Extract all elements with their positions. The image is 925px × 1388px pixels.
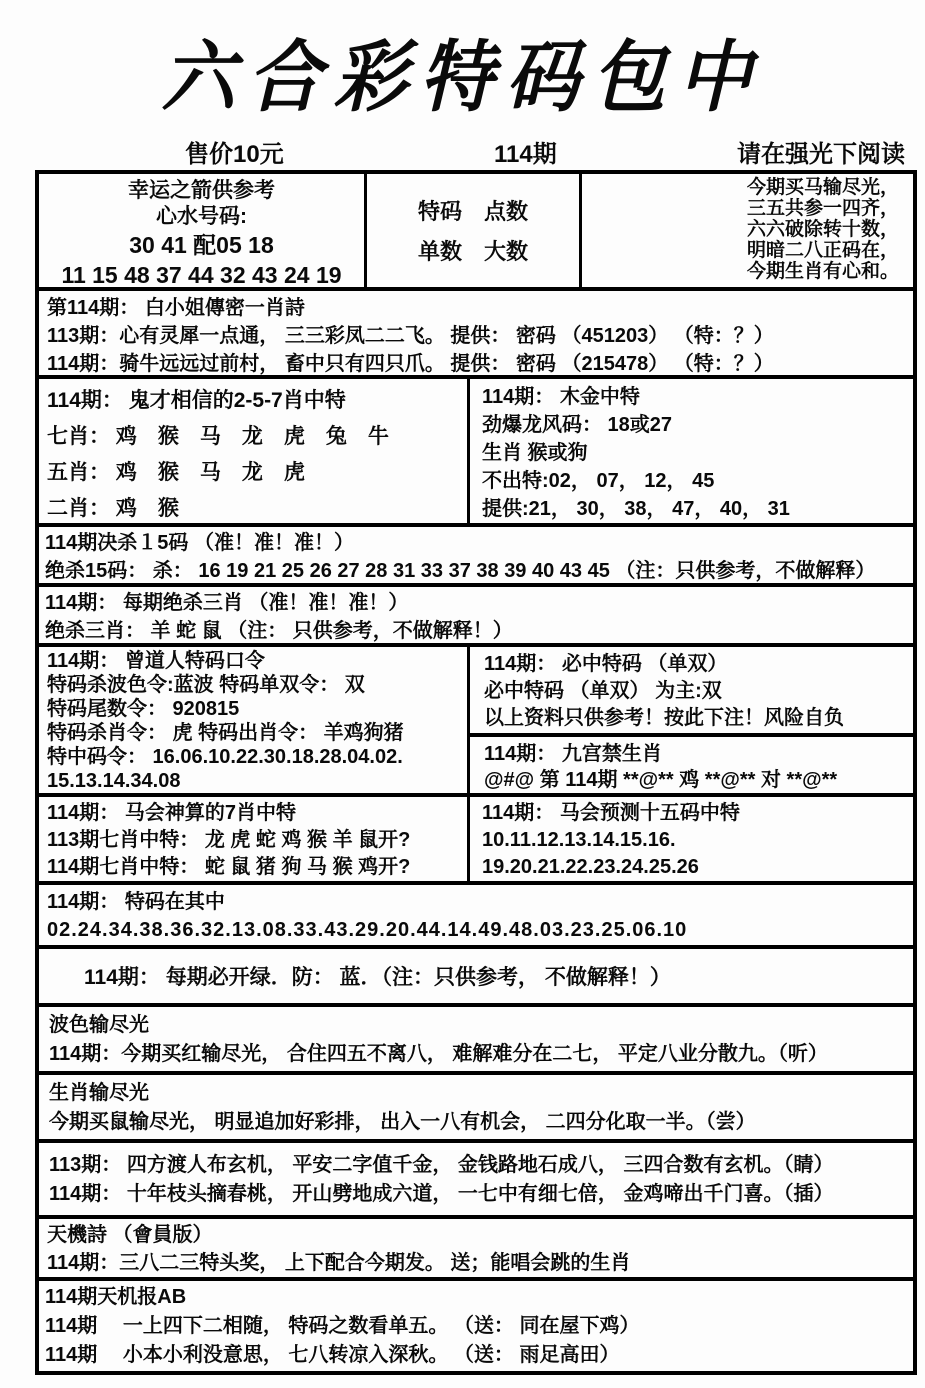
- shengxiao-title: 生肖输尽光: [49, 1079, 913, 1108]
- lottery-tip-sheet: 六合彩特码包中 售价10元 114期 请在强光下阅读 幸运之箭供参考 心水号码:…: [0, 0, 925, 1388]
- sanxiao-list: 绝杀三肖： 羊 蛇 鼠 （注： 只供参考，不做解释！）: [45, 617, 913, 643]
- zengdaoren-weishu: 特码尾数令： 920815: [47, 697, 467, 721]
- baixiaojie-113: 113期：心有灵犀一点通， 三三彩凤二二飞。 提供： 密码 （451203） （…: [47, 322, 913, 350]
- mahui15-title: 114期： 马会预测十五码中特: [482, 800, 913, 827]
- section-baixiaojie: 第114期： 白小姐傳密一肖詩 113期：心有灵犀一点通， 三三彩凤二二飞。 提…: [39, 287, 913, 375]
- mahui15-row2: 19.20.21.22.23.24.25.26: [482, 854, 913, 881]
- right-stack: 114期： 必中特码 （单双） 必中特码 （单双） 为主:双 以上资料只供参考！…: [467, 647, 913, 793]
- lucky-arrow-subtitle: 心水号码:: [39, 204, 364, 230]
- section-juesha-sanxiao: 114期： 每期绝杀三肖 （准！准！准！） 绝杀三肖： 羊 蛇 鼠 （注： 只供…: [39, 583, 913, 643]
- zengdaoren-tezhong-codes-2: 15.13.14.34.08: [47, 769, 467, 793]
- couplet-113: 113期： 四方渡人布玄机， 平安二字值千金， 金钱路地石成八， 三四合数有玄机…: [49, 1151, 913, 1180]
- zengdaoren-box: 114期： 曾道人特码口令 特码杀波色令:蓝波 特码单双令： 双 特码尾数令： …: [39, 647, 467, 793]
- zengdaoren-title: 114期： 曾道人特码口令: [47, 649, 467, 673]
- section-xiao-zhongte: 114期： 鬼才相信的2-5-7肖中特 七肖： 鸡 猴 马 龙 虎 兔 牛 五肖…: [39, 375, 913, 523]
- attr-line-1: 特码 点数: [367, 192, 579, 232]
- mahui7-114: 114期七肖中特： 蛇 鼠 猪 狗 马 猴 鸡开?: [47, 854, 467, 881]
- bikailv-line: 114期： 每期必开绿．防： 蓝．（注：只供参考， 不做解释！）: [84, 963, 913, 992]
- guicai-wuxiao: 五肖： 鸡 猴 马 龙 虎: [47, 455, 467, 491]
- section-lucky-arrow: 幸运之箭供参考 心水号码: 30 41 配05 18 11 15 48 37 4…: [39, 174, 913, 287]
- mujin-zodiac: 生肖 猴或狗: [482, 439, 913, 467]
- tezhong-numbers: 02.24.34.38.36.32.13.08.33.43.29.20.44.1…: [47, 916, 913, 944]
- bose-title: 波色输尽光: [49, 1011, 913, 1040]
- section-couplets: 113期： 四方渡人布玄机， 平安二字值千金， 金钱路地石成八， 三四合数有玄机…: [39, 1139, 913, 1215]
- juesha15-numbers: 绝杀15码： 杀： 16 19 21 25 26 27 28 31 33 37 …: [45, 557, 913, 583]
- bizhong-box: 114期： 必中特码 （单双） 必中特码 （单双） 为主:双 以上资料只供参考！…: [470, 647, 913, 733]
- shujinguang-poem-box: 今期买马输尽光， 三五共参一四齐， 六六破除转十数， 明暗二八正码在， 今期生肖…: [579, 174, 913, 287]
- mahui15-box: 114期： 马会预测十五码中特 10.11.12.13.14.15.16. 19…: [467, 797, 913, 881]
- bizhong-title: 114期： 必中特码 （单双）: [484, 651, 913, 678]
- shengxiao-line: 今期买鼠输尽光， 明显追加好彩排， 出入一八有机会， 二四分化取一半。（尝）: [49, 1108, 913, 1137]
- lucky-arrow-box: 幸运之箭供参考 心水号码: 30 41 配05 18 11 15 48 37 4…: [39, 174, 364, 287]
- mujin-title: 114期： 木金中特: [482, 383, 913, 411]
- page-title: 六合彩特码包中: [0, 36, 925, 121]
- attr-line-2: 单数 大数: [367, 232, 579, 272]
- section-tezhong: 114期： 特码在其中 02.24.34.38.36.32.13.08.33.4…: [39, 881, 913, 945]
- lucky-arrow-main-numbers: 30 41 配05 18: [39, 230, 364, 260]
- juesha15-title: 114期决杀１5码 （准！准！准！）: [45, 529, 913, 557]
- section-juesha15: 114期决杀１5码 （准！准！准！） 绝杀15码： 杀： 16 19 21 25…: [39, 523, 913, 583]
- sanxiao-title: 114期： 每期绝杀三肖 （准！准！准！）: [45, 589, 913, 617]
- guicai-qixiao: 七肖： 鸡 猴 马 龙 虎 兔 牛: [47, 419, 467, 455]
- section-bose: 波色输尽光 114期：今期买红输尽光， 合住四五不离八， 难解难分在二七， 平定…: [39, 1003, 913, 1071]
- section-mahui: 114期： 马会神算的7肖中特 113期七肖中特： 龙 虎 蛇 鸡 猴 羊 鼠开…: [39, 793, 913, 881]
- zengdaoren-tezhong-codes: 特中码令： 16.06.10.22.30.18.28.04.02.: [47, 745, 467, 769]
- bose-line: 114期：今期买红输尽光， 合住四五不离八， 难解难分在二七， 平定八业分散九。…: [49, 1040, 913, 1069]
- zengdaoren-bose: 特码杀波色令:蓝波 特码单双令： 双: [47, 673, 467, 697]
- mujin-exclude: 不出特:02， 07， 12， 45: [482, 467, 913, 495]
- mahui15-row1: 10.11.12.13.14.15.16.: [482, 827, 913, 854]
- tianjishi-title: 天機詩 （會員版）: [47, 1221, 913, 1249]
- jiugong-title: 114期： 九宫禁生肖: [484, 741, 913, 767]
- section-tianjibao: 114期天机报AB 114期 一上四下二相随， 特码之数看单五。 （送： 同在屋…: [39, 1277, 913, 1371]
- issue-number: 114期: [494, 134, 557, 169]
- baixiaojie-title: 第114期： 白小姐傳密一肖詩: [47, 294, 913, 322]
- zengdaoren-shaxiao: 特码杀肖令： 虎 特码出肖令： 羊鸡狗猪: [47, 721, 467, 745]
- mujin-provide: 提供:21， 30， 38， 47， 40， 31: [482, 495, 913, 523]
- mahui7-box: 114期： 马会神算的7肖中特 113期七肖中特： 龙 虎 蛇 鸡 猴 羊 鼠开…: [39, 797, 467, 881]
- mahui7-113: 113期七肖中特： 龙 虎 蛇 鸡 猴 羊 鼠开?: [47, 827, 467, 854]
- section-kouling: 114期： 曾道人特码口令 特码杀波色令:蓝波 特码单双令： 双 特码尾数令： …: [39, 643, 913, 793]
- bizhong-main: 必中特码 （单双） 为主:双: [484, 678, 913, 705]
- poem-line-2: 三五共参一四齐，: [582, 198, 899, 219]
- poem-line-3: 六六破除转十数，: [582, 219, 899, 240]
- baixiaojie-114: 114期：骑牛远远过前村， 畜中只有四只爪。 提供： 密码 （215478） （…: [47, 350, 913, 375]
- tianjibao-title: 114期天机报AB: [45, 1283, 913, 1312]
- guicai-erxiao: 二肖： 鸡 猴: [47, 491, 467, 523]
- poem-line-1: 今期买马输尽光，: [582, 177, 899, 198]
- mahui7-title: 114期： 马会神算的7肖中特: [47, 800, 467, 827]
- price-label: 售价10元: [185, 134, 284, 169]
- reading-notice: 请在强光下阅读: [737, 134, 905, 169]
- poem-line-5: 今期生肖有心和。: [582, 261, 899, 282]
- section-bikailv: 114期： 每期必开绿．防： 蓝．（注：只供参考， 不做解释！）: [39, 945, 913, 1003]
- mujin-box: 114期： 木金中特 劲爆龙风码： 18或27 生肖 猴或狗 不出特:02， 0…: [467, 379, 913, 523]
- mujin-dragon-code: 劲爆龙风码： 18或27: [482, 411, 913, 439]
- guicai-title: 114期： 鬼才相信的2-5-7肖中特: [47, 383, 467, 419]
- jiugong-box: 114期： 九宫禁生肖 @#@ 第 114期 **@** 鸡 **@** 对 *…: [470, 733, 913, 793]
- guicai-box: 114期： 鬼才相信的2-5-7肖中特 七肖： 鸡 猴 马 龙 虎 兔 牛 五肖…: [39, 379, 467, 523]
- tianjibao-line2: 114期 小本小利没意思， 七八转凉入深秋。 （送： 雨足高田）: [45, 1341, 913, 1370]
- bizhong-disclaimer: 以上资料只供参考！按此下注！风险自负: [484, 705, 913, 732]
- couplet-114: 114期： 十年枝头摘春桃， 开山劈地成六道， 一七中有细七倍， 金鸡啼出千门喜…: [49, 1180, 913, 1209]
- section-tianjishi: 天機詩 （會員版） 114期：三八二三特头奖， 上下配合今期发。 送；能唱会跳的…: [39, 1215, 913, 1277]
- jiugong-code: @#@ 第 114期 **@** 鸡 **@** 对 **@**: [484, 767, 913, 793]
- tezhong-title: 114期： 特码在其中: [47, 888, 913, 916]
- content-sheet: 幸运之箭供参考 心水号码: 30 41 配05 18 11 15 48 37 4…: [35, 170, 917, 1375]
- lucky-arrow-number-list: 11 15 48 37 44 32 43 24 19: [39, 260, 364, 287]
- section-shengxiao: 生肖输尽光 今期买鼠输尽光， 明显追加好彩排， 出入一八有机会， 二四分化取一半…: [39, 1071, 913, 1139]
- subheader: 售价10元 114期 请在强光下阅读: [35, 134, 915, 169]
- tianjishi-line: 114期：三八二三特头奖， 上下配合今期发。 送；能唱会跳的生肖: [47, 1249, 913, 1277]
- tianjibao-line1: 114期 一上四下二相随， 特码之数看单五。 （送： 同在屋下鸡）: [45, 1312, 913, 1341]
- poem-line-4: 明暗二八正码在，: [582, 240, 899, 261]
- lucky-arrow-title: 幸运之箭供参考: [39, 178, 364, 204]
- attribute-box: 特码 点数 单数 大数: [364, 174, 579, 287]
